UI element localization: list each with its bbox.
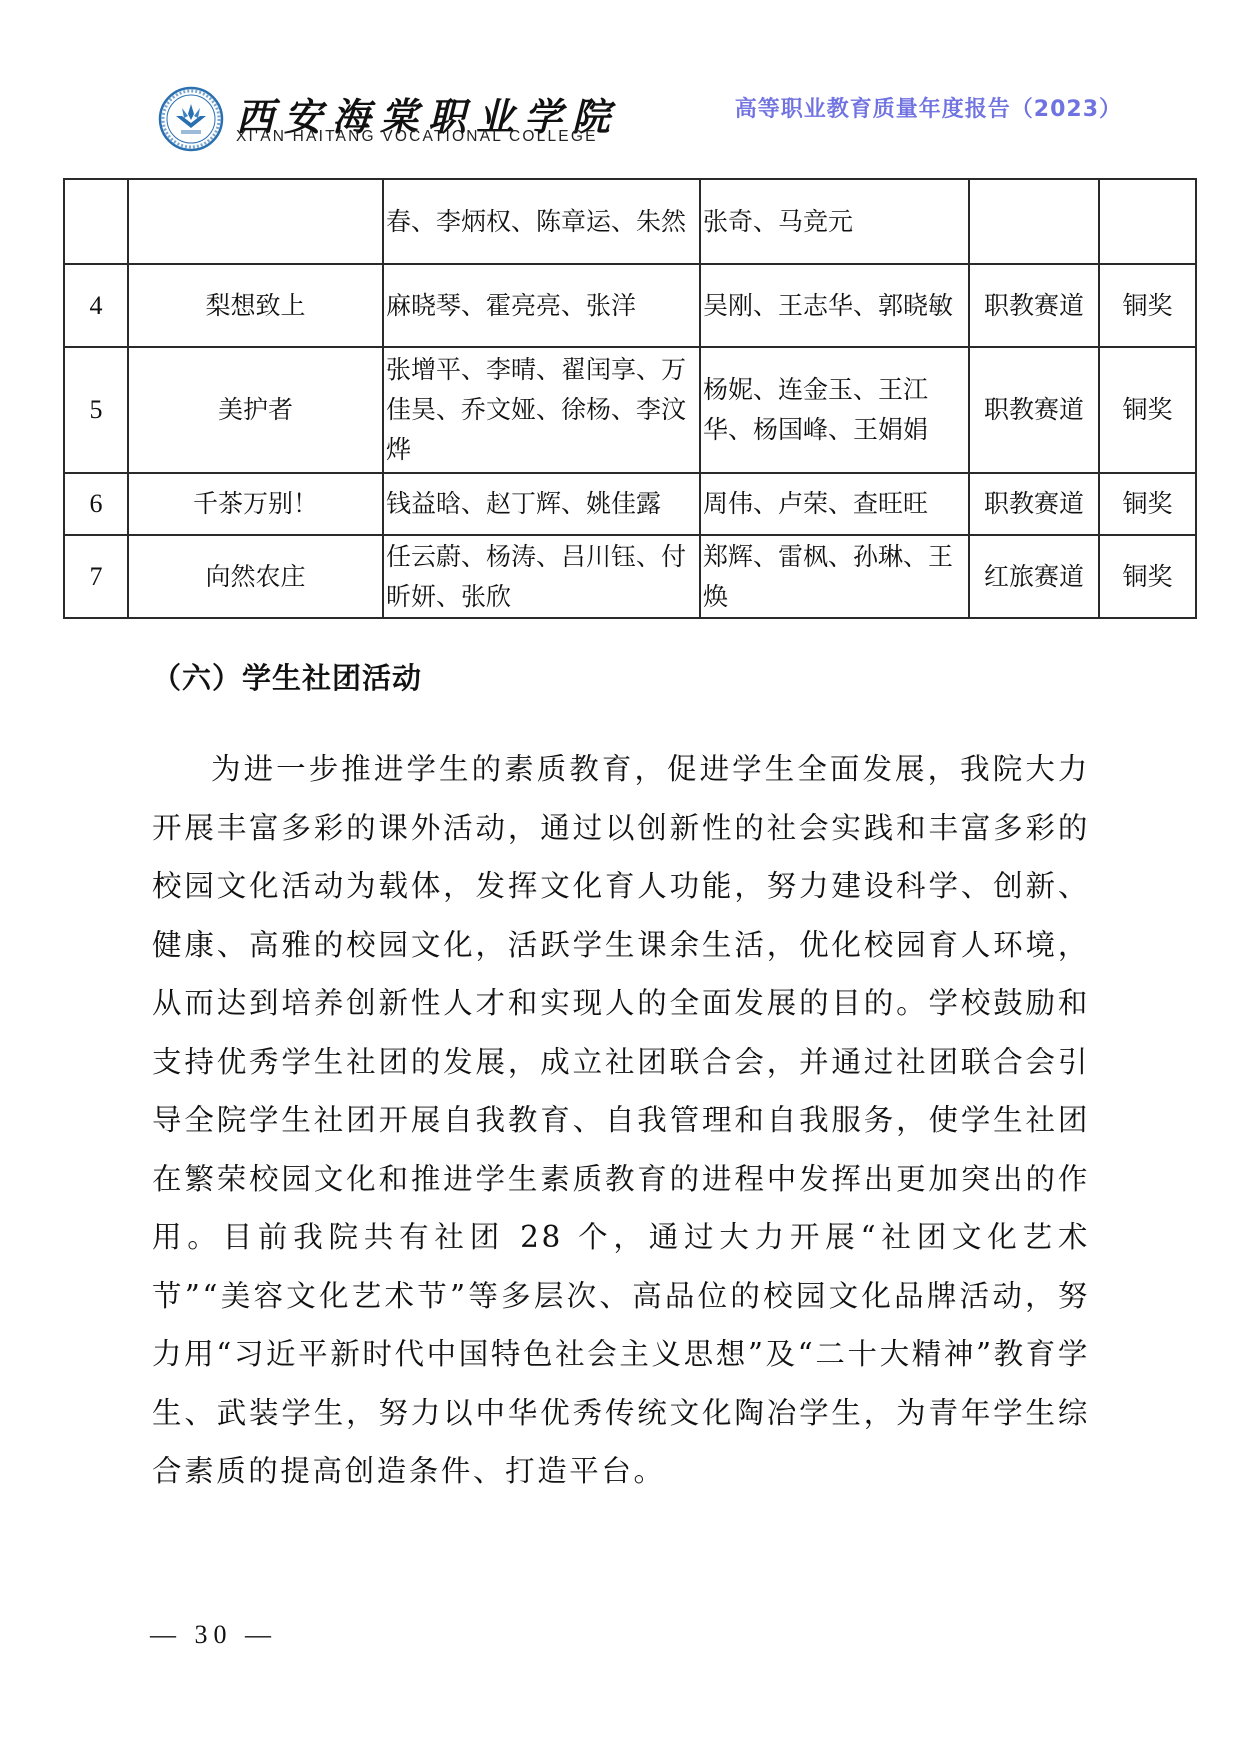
table-row: 6 千茶万别！ 钱益晗、赵丁辉、姚佳露 周伟、卢荣、查旺旺 职教赛道 铜奖: [64, 473, 1196, 535]
page-header: 西安海棠职业学院 XI'AN HAITANG VOCATIONAL COLLEG…: [0, 0, 1240, 160]
cell-members: 钱益晗、赵丁辉、姚佳露: [383, 473, 700, 535]
report-title: 高等职业教育质量年度报告（2023）: [735, 92, 1122, 123]
cell-advisors: 杨妮、连金玉、王江华、杨国峰、王娟娟: [700, 347, 969, 473]
cell-members: 张增平、李晴、翟闰享、万佳昊、乔文娅、徐杨、李汶烨: [383, 347, 700, 473]
cell-advisors: 周伟、卢荣、查旺旺: [700, 473, 969, 535]
cell-project: 美护者: [128, 347, 383, 473]
cell-project: [128, 179, 383, 264]
cell-project: 千茶万别！: [128, 473, 383, 535]
cell-advisors: 吴刚、王志华、郭晓敏: [700, 264, 969, 347]
table-row: 7 向然农庄 任云蔚、杨涛、吕川钰、付昕妍、张欣 郑辉、雷枫、孙琳、王焕 红旅赛…: [64, 535, 1196, 618]
cell-track: 职教赛道: [969, 347, 1099, 473]
cell-project: 梨想致上: [128, 264, 383, 347]
body-text: 为进一步推进学生的素质教育，促进学生全面发展，我院大力开展丰富多彩的课外活动，通…: [152, 740, 1090, 1501]
table-row: 4 梨想致上 麻晓琴、霍亮亮、张洋 吴刚、王志华、郭晓敏 职教赛道 铜奖: [64, 264, 1196, 347]
awards-table: 春、李炳权、陈章运、朱然 张奇、马竞元 4 梨想致上 麻晓琴、霍亮亮、张洋 吴刚…: [63, 178, 1197, 619]
table-row: 春、李炳权、陈章运、朱然 张奇、马竞元: [64, 179, 1196, 264]
college-emblem-icon: [158, 86, 224, 152]
cell-track: 职教赛道: [969, 264, 1099, 347]
cell-project: 向然农庄: [128, 535, 383, 618]
section-heading: （六）学生社团活动: [152, 656, 422, 697]
cell-award: 铜奖: [1099, 264, 1196, 347]
table-row: 5 美护者 张增平、李晴、翟闰享、万佳昊、乔文娅、徐杨、李汶烨 杨妮、连金玉、王…: [64, 347, 1196, 473]
cell-no: 6: [64, 473, 128, 535]
cell-no: 4: [64, 264, 128, 347]
cell-members: 春、李炳权、陈章运、朱然: [383, 179, 700, 264]
page-number: — 30 —: [150, 1620, 277, 1650]
cell-members: 任云蔚、杨涛、吕川钰、付昕妍、张欣: [383, 535, 700, 618]
cell-award: 铜奖: [1099, 473, 1196, 535]
cell-track: 红旅赛道: [969, 535, 1099, 618]
cell-advisors: 张奇、马竞元: [700, 179, 969, 264]
cell-no: 5: [64, 347, 128, 473]
cell-members: 麻晓琴、霍亮亮、张洋: [383, 264, 700, 347]
cell-advisors: 郑辉、雷枫、孙琳、王焕: [700, 535, 969, 618]
school-name-en: XI'AN HAITANG VOCATIONAL COLLEGE: [236, 128, 598, 146]
cell-award: 铜奖: [1099, 347, 1196, 473]
cell-track: [969, 179, 1099, 264]
cell-track: 职教赛道: [969, 473, 1099, 535]
cell-award: 铜奖: [1099, 535, 1196, 618]
paragraph: 为进一步推进学生的素质教育，促进学生全面发展，我院大力开展丰富多彩的课外活动，通…: [152, 740, 1090, 1501]
cell-no: 7: [64, 535, 128, 618]
cell-no: [64, 179, 128, 264]
cell-award: [1099, 179, 1196, 264]
